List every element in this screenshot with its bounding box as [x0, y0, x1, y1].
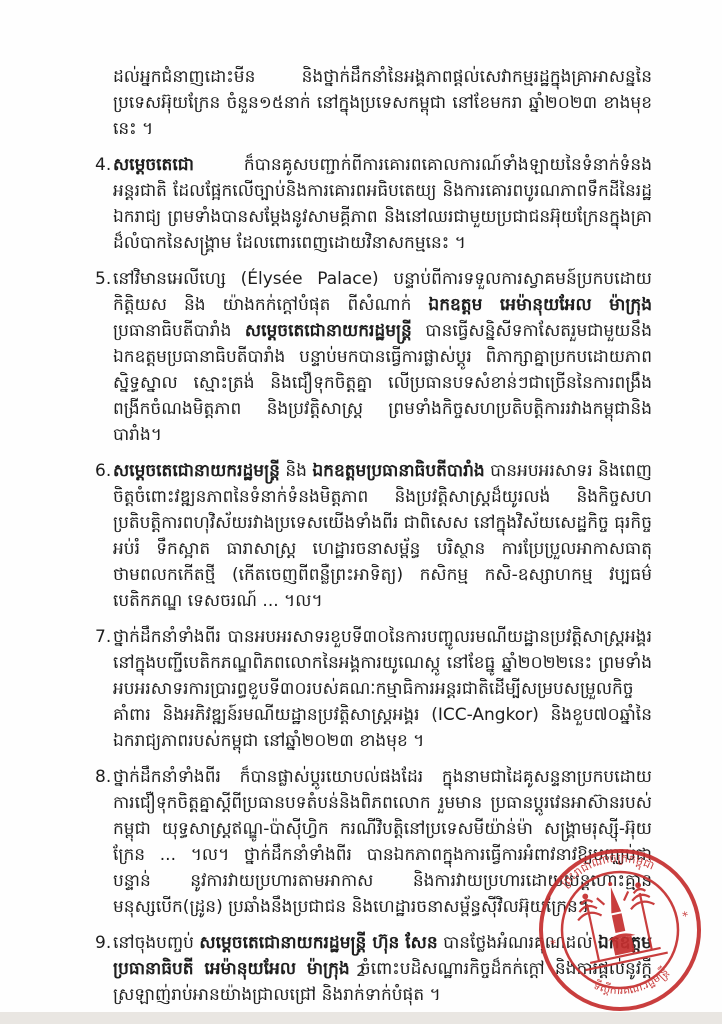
bold-text-segment: សម្តេចតេជោ — [113, 155, 194, 175]
page-number: 2 — [0, 962, 722, 980]
text-segment: នៅចុងបញ្ចប់ — [113, 933, 199, 953]
paragraph-number: 7. — [95, 624, 111, 650]
bold-text-segment: ឯកឧត្តម អេម៉ានុយអែល ម៉ាក្រុង — [428, 295, 652, 315]
numbered-paragraph: 5.នៅវិមានអេលីហ្សេ (Élysée Palace) បន្ទាប… — [0, 266, 722, 448]
page-bottom-edge — [0, 1012, 722, 1024]
text-segment: ប្រធានាធិបតីបារាំង — [113, 321, 245, 341]
numbered-paragraph: 8.ថ្នាក់ដឹកនាំទាំងពីរ ក៏បានផ្លាស់ប្តូរយោ… — [0, 764, 722, 920]
document-body: ដល់អ្នកជំនាញដោះមីន និងថ្នាក់ដឹកនាំនៃអង្គ… — [0, 64, 722, 1018]
paragraph-number: 8. — [95, 764, 111, 790]
numbered-paragraph: 7.ថ្នាក់ដឹកនាំទាំងពីរ បានអបអរសាទរខួបទី៣០… — [0, 624, 722, 754]
bold-text-segment: សម្តេចតេជោនាយករដ្ឋមន្ត្រី — [245, 321, 412, 341]
numbered-paragraph: 6.សម្តេចតេជោនាយករដ្ឋមន្ត្រី និង ឯកឧត្តមប… — [0, 458, 722, 614]
numbered-paragraph: 4.សម្តេចតេជោ ក៏បានគូសបញ្ជាក់ពីការគោរពគោល… — [0, 152, 722, 256]
paragraph-number: 6. — [95, 458, 111, 484]
text-segment: ថ្នាក់ដឹកនាំទាំងពីរ បានអបអរសាទរខួបទី៣០នៃ… — [113, 627, 652, 751]
text-segment: ក៏បានគូសបញ្ជាក់ពីការគោរពគោលការណ៍ទាំងឡាយន… — [113, 155, 652, 253]
bold-text-segment: ឯកឧត្តមប្រធានាធិបតីបារាំង — [312, 461, 484, 481]
continuation-paragraph: ដល់អ្នកជំនាញដោះមីន និងថ្នាក់ដឹកនាំនៃអង្គ… — [0, 64, 722, 142]
document-page: ដល់អ្នកជំនាញដោះមីន និងថ្នាក់ដឹកនាំនៃអង្គ… — [0, 0, 722, 1024]
text-segment: បានអបអរសាទរ និងពេញចិត្តចំពោះវឌ្ឍនភាពនៃទំ… — [113, 461, 652, 611]
paragraph-number: 9. — [95, 930, 111, 956]
paragraph-number: 4. — [95, 152, 111, 178]
text-segment: ថ្នាក់ដឹកនាំទាំងពីរ ក៏បានផ្លាស់ប្តូរយោបល… — [113, 767, 652, 917]
text-segment: និង — [280, 461, 312, 481]
text-segment: បានថ្លែងអំណរគុណដល់ — [438, 933, 598, 953]
bold-text-segment: សម្តេចតេជោនាយករដ្ឋមន្ត្រី ហ៊ុន សែន — [199, 933, 437, 953]
paragraph-number: 5. — [95, 266, 111, 292]
text-segment: ដល់អ្នកជំនាញដោះមីន និងថ្នាក់ដឹកនាំនៃអង្គ… — [113, 67, 652, 139]
bold-text-segment: សម្តេចតេជោនាយករដ្ឋមន្ត្រី — [113, 461, 280, 481]
